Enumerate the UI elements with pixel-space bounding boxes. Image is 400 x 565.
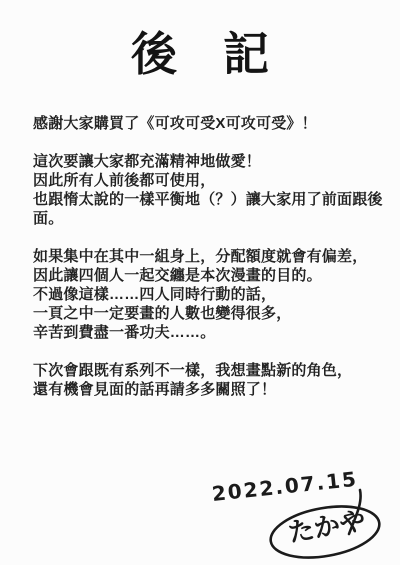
text-line: 不過像這樣……四人同時行動的話，: [33, 285, 385, 304]
afterword-page: 後 記 感謝大家購買了《可攻可受X可攻可受》！ 這次要讓大家都充滿精神地做愛！ …: [0, 0, 400, 565]
signature-name: たかや: [286, 505, 368, 548]
paragraph-concept: 這次要讓大家都充滿精神地做愛！ 因此所有人前後都可使用， 也跟惰太說的一樣平衡地…: [33, 152, 385, 228]
text-line: 還有機會見面的話再請多多關照了！: [33, 380, 385, 399]
text-line: 因此讓四個人一起交纏是本次漫畫的目的。: [33, 266, 385, 285]
paragraph-closing: 下次會跟既有系列不一樣，我想畫點新的角色， 還有機會見面的話再請多多關照了！: [33, 361, 385, 399]
paragraph-thanks: 感謝大家購買了《可攻可受X可攻可受》！: [33, 114, 385, 133]
afterword-text: 感謝大家購買了《可攻可受X可攻可受》！ 這次要讓大家都充滿精神地做愛！ 因此所有…: [33, 114, 385, 418]
text-line: 辛苦到費盡一番功夫……。: [33, 323, 385, 342]
text-line: 如果集中在其中一組身上，分配額度就會有偏差，: [33, 247, 385, 266]
text-line: 一頁之中一定要畫的人數也變得很多，: [33, 304, 385, 323]
page-title: 後 記: [0, 31, 400, 77]
signature-block: 2022.07.15 たかや: [200, 470, 395, 565]
text-line: 也跟惰太說的一樣平衡地（？）讓大家用了前面跟後面。: [33, 190, 385, 228]
text-line: 感謝大家購買了《可攻可受X可攻可受》！: [33, 114, 385, 133]
paragraph-process: 如果集中在其中一組身上，分配額度就會有偏差， 因此讓四個人一起交纏是本次漫畫的目…: [33, 247, 385, 342]
text-line: 下次會跟既有系列不一樣，我想畫點新的角色，: [33, 361, 385, 380]
text-line: 因此所有人前後都可使用，: [33, 171, 385, 190]
text-line: 這次要讓大家都充滿精神地做愛！: [33, 152, 385, 171]
signature-drawing: たかや: [200, 470, 395, 565]
